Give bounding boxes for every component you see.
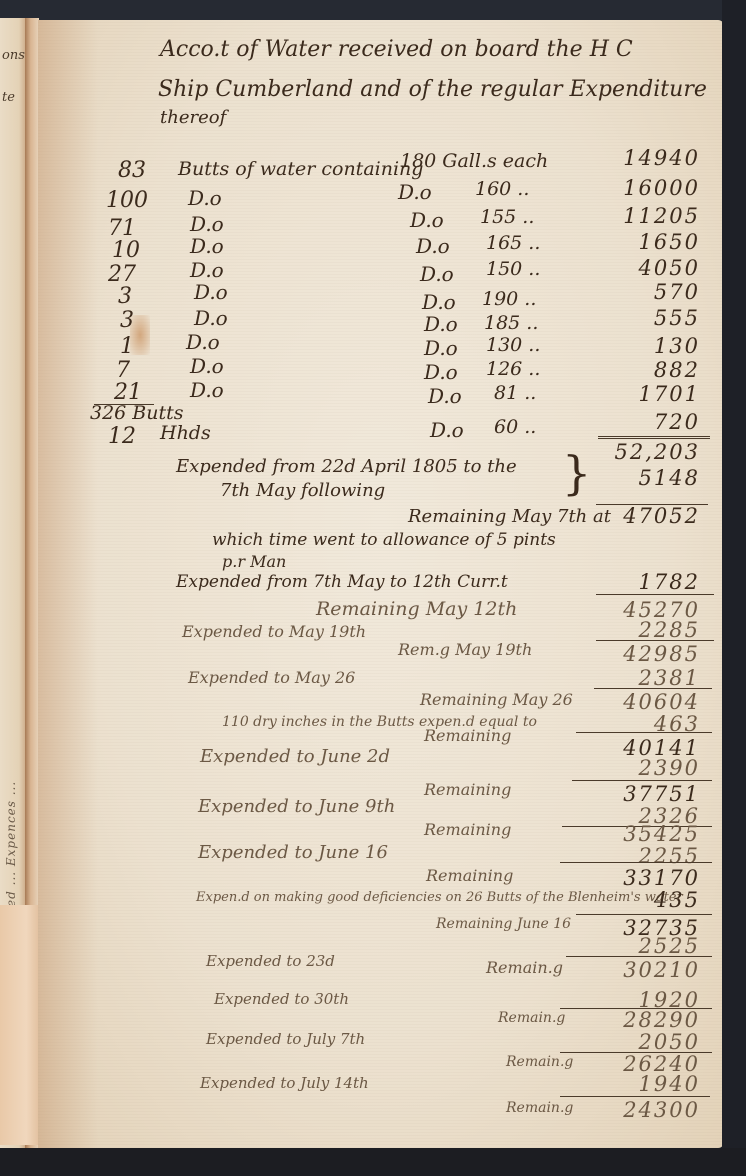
remaining-amount: 28290 [580,1008,700,1032]
remaining-label: Remain.g [506,1054,573,1070]
total-cell: 1701 [580,382,700,406]
desc-cell: D.o [190,378,224,402]
qty-cell: 3 [120,308,134,333]
ditto-cell: D.o [424,336,458,360]
remaining-label: Remaining [424,726,511,745]
expenditure-label: Expended to July 7th [206,1030,365,1048]
gallons-cell: 160 .. [475,178,529,200]
total-cell: 11205 [580,204,700,228]
remaining-amount: 37751 [580,782,700,806]
total-cell: 14940 [580,146,700,170]
butts-subtotal: 326 Butts [90,402,184,424]
remaining-label: Remain.g [486,958,563,977]
expenditure-amount: 2050 [580,1030,700,1054]
scan-background-top [0,0,746,20]
ditto-cell: D.o [410,208,444,232]
qty-cell: 83 [118,158,146,183]
expenditure-amount: 5148 [580,466,700,490]
gallons-cell: 165 .. [486,232,540,254]
expenditure-label: Expended from 7th May to 12th Curr.t [176,572,508,592]
desc-cell: D.o [190,258,224,282]
desc-cell: D.o [190,234,224,258]
expenditure-amount: 1940 [580,1072,700,1096]
ditto-cell: D.o [428,384,462,408]
expenditure-label: Expended to June 9th [198,796,395,817]
allowance-note: p.r Man [222,552,286,571]
desc-cell: D.o [194,306,228,330]
sum-rule [576,732,712,733]
grand-total: 52,203 [580,440,700,464]
scan-background-right [722,0,746,1176]
gallons-cell: 60 .. [494,416,536,438]
gallons-cell: 185 .. [484,312,538,334]
allowance-note: which time went to allowance of 5 pints [212,530,556,550]
desc-cell: D.o [190,212,224,236]
gallons-cell: 180 Gall.s each [400,150,548,172]
total-cell: 882 [580,358,700,382]
ditto-cell: D.o [416,234,450,258]
ditto-cell: D.o [424,360,458,384]
gallons-cell: 155 .. [480,206,534,228]
total-rule [598,436,710,439]
desc-cell: Hhds [160,422,211,444]
total-cell: 16000 [580,176,700,200]
expenditure-label: 7th May following [220,480,385,501]
page-title-line-2: Ship Cumberland and of the regular Expen… [158,78,707,102]
qty-cell: 3 [118,284,132,309]
remaining-amount: 24300 [580,1098,700,1122]
sum-rule [572,780,712,781]
expenditure-amount: 2381 [580,666,700,690]
expenditure-amount: 2390 [580,756,700,780]
facing-page-fragment: te [2,90,15,105]
expenditure-label: Expended to 30th [214,990,349,1008]
total-cell: 1650 [580,230,700,254]
remaining-label: Remaining May 12th [316,598,517,620]
remaining-label: Remaining [424,780,511,799]
qty-cell: 10 [112,238,140,263]
sum-rule [560,862,712,863]
expenditure-label: Expended to July 14th [200,1074,369,1092]
qty-cell: 100 [106,188,148,213]
ditto-cell: D.o [422,290,456,314]
expenditure-label: Expended from 22d April 1805 to the [176,456,517,477]
total-cell: 570 [580,280,700,304]
expenditure-label: Expended to May 19th [182,622,366,641]
expenditure-amount: 2285 [580,618,700,642]
remaining-amount: 35425 [580,822,700,846]
remaining-amount: 47052 [580,504,700,528]
page-title-line-1: Acco.t of Water received on board the H … [160,38,633,62]
sum-rule [566,956,712,957]
expenditure-amount: 435 [580,888,700,912]
ditto-cell: D.o [420,262,454,286]
gallons-cell: 190 .. [482,288,536,310]
ditto-cell: D.o [424,312,458,336]
expenditure-label: Expended to June 16 [198,842,388,863]
qty-cell: 1 [120,334,134,359]
remaining-amount: 40604 [580,690,700,714]
desc-cell: Butts of water containing [178,158,423,180]
remaining-amount: 30210 [580,958,700,982]
total-cell: 130 [580,334,700,358]
total-cell: 4050 [580,256,700,280]
remaining-label: Rem.g May 19th [398,640,532,659]
remaining-amount: 33170 [580,866,700,890]
gallons-cell: 81 .. [494,382,536,404]
remaining-label: Remaining June 16 [436,916,571,932]
gallons-cell: 130 .. [486,334,540,356]
expenditure-label: Expended to June 2d [200,746,390,767]
remaining-label: Remain.g [506,1100,573,1116]
remaining-label: Remaining [426,866,513,885]
remaining-label: Remaining [424,820,511,839]
sum-rule [594,688,712,689]
desc-cell: D.o [194,280,228,304]
remaining-amount: 42985 [580,642,700,666]
facing-page-fragment: ons [2,48,25,63]
expenditure-amount: 1782 [580,570,700,594]
expenditure-label: Expended to May 26 [188,668,355,687]
gallons-cell: 126 .. [486,358,540,380]
expenditure-label: Expended to 23d [206,952,335,970]
desc-cell: D.o [186,330,220,354]
remaining-label: Remain.g [498,1010,565,1026]
expenditure-amount: 2525 [580,934,700,958]
page-title-line-3: thereof [160,106,226,130]
sum-rule [596,640,714,641]
scan-background-bottom [0,1148,746,1176]
desc-cell: D.o [190,354,224,378]
remaining-label: Remaining May 26 [420,690,573,709]
sum-rule [576,914,712,915]
qty-cell: 12 [108,424,136,449]
expenditure-amount: 2255 [580,844,700,868]
total-cell: 555 [580,306,700,330]
desc-cell: D.o [188,186,222,210]
ditto-cell: D.o [430,418,464,442]
sum-rule [560,1096,710,1097]
sum-rule [596,594,714,595]
ditto-cell: D.o [398,180,432,204]
subtotal-rule [94,404,154,405]
gallons-cell: 150 .. [486,258,540,280]
total-cell: 720 [580,410,700,434]
